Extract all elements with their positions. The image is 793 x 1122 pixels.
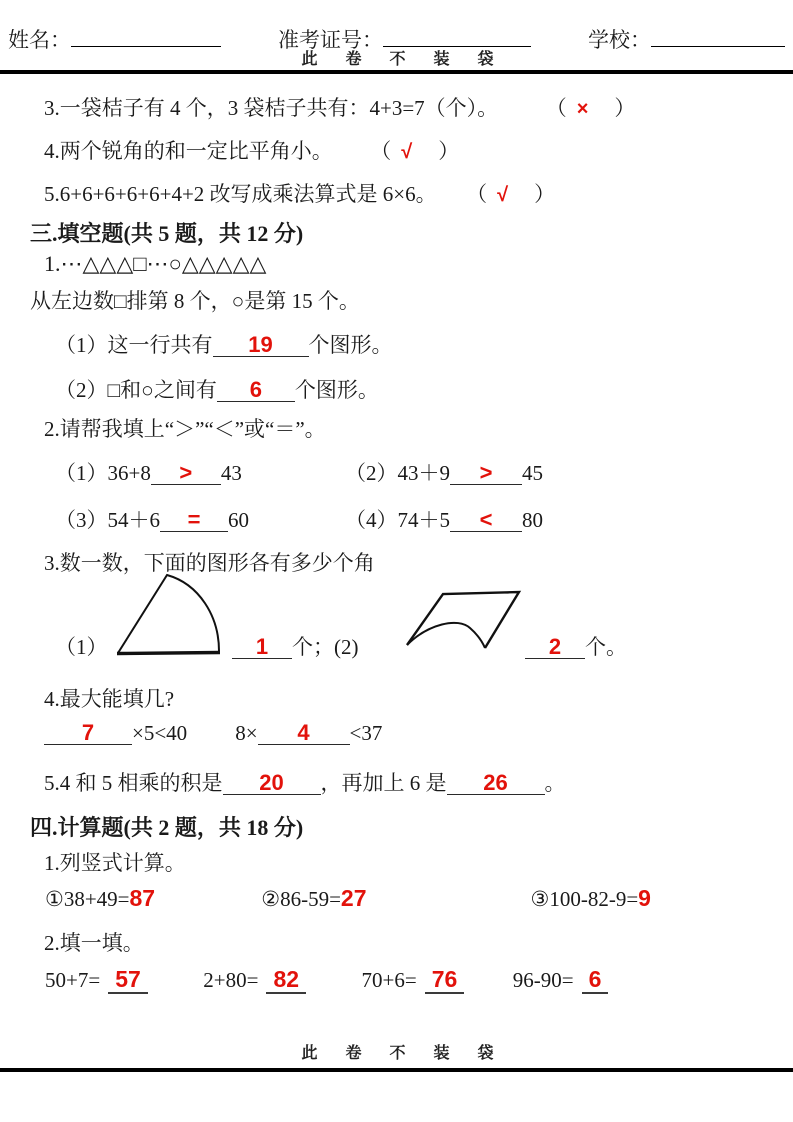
- s4-q1-item2-answer: 27: [341, 885, 367, 911]
- curved-quadrilateral-figure: [400, 587, 526, 657]
- s3-q3-sub1-blank: 1: [232, 637, 292, 659]
- s3-q4-item1-blank: 7: [44, 723, 132, 745]
- s3-q1-sub2: （2）□和○之间有6个图形。: [55, 374, 379, 404]
- s4-q1-item3: ③100-82-9=9: [531, 885, 651, 912]
- s3-q4-text: 4.最大能填几?: [44, 683, 174, 713]
- s3-q5-pre: 5.4 和 5 相乘的积是: [44, 771, 223, 795]
- s4-q2-item4-answer: 6: [582, 966, 609, 994]
- s4-q1-answers-row: ①38+49=87 ②86-59=27 ③100-82-9=9: [45, 885, 651, 912]
- s3-q1-sub2-post: 个图形。: [295, 378, 379, 402]
- s3-q5-answer2: 26: [483, 770, 507, 795]
- item-label: （3）: [55, 508, 108, 532]
- item-left: 36+8: [108, 461, 151, 485]
- s3-q1-sub1-post: 个图形。: [309, 333, 393, 357]
- s3-q2-item1-blank: >: [151, 463, 221, 485]
- s3-q5-blank2: 26: [447, 773, 545, 795]
- fan-shape-figure: [114, 571, 224, 657]
- expression: ①38+49=: [45, 887, 130, 911]
- s3-q2-item4-blank: <: [450, 510, 522, 532]
- expression: 2+80=: [203, 968, 258, 992]
- item-right: 43: [221, 461, 242, 485]
- s3-q3-sub1-label: （1）: [55, 631, 108, 661]
- s3-q3-sub1-post: 个；(2): [292, 635, 359, 659]
- s3-q1-description: 从左边数□排第 8 个，○是第 15 个。: [30, 285, 360, 315]
- judge-q5-mark: √: [497, 184, 508, 206]
- judge-q4-mark: √: [401, 141, 412, 163]
- s3-q5-blank1: 20: [223, 773, 321, 795]
- s4-q2-item2: 2+80=82: [203, 966, 356, 993]
- s3-q1-sub2-pre: （2）□和○之间有: [55, 378, 217, 402]
- s3-q2-item2-answer: >: [480, 460, 493, 485]
- s3-q2-item3: （3）54＋6=60: [55, 504, 249, 534]
- s3-q5: 5.4 和 5 相乘的积是20，再加上 6 是26。: [44, 767, 566, 797]
- s3-q4-item1-post: ×5<40: [132, 721, 187, 745]
- name-blank-line: [71, 27, 221, 47]
- s3-q2-item4: （4）74＋5<80: [345, 504, 543, 534]
- s4-q2-item3-answer: 76: [425, 966, 465, 994]
- s4-q1-text: 1.列竖式计算。: [44, 847, 186, 877]
- s3-q1-shapes-row: 1.⋯△△△□⋯○△△△△△: [44, 251, 266, 277]
- paren-close: ）: [438, 139, 459, 163]
- item-label: （2）: [345, 461, 398, 485]
- s3-q4-answers: 7×5<408×4<37: [44, 721, 382, 746]
- s3-q3-sub1-answer-line: 1个；(2): [232, 631, 359, 661]
- paren-open: （: [556, 96, 567, 120]
- s3-q2-item2-blank: >: [450, 463, 522, 485]
- s3-q1-sub1-blank: 19: [213, 335, 309, 357]
- paren-close: ）: [534, 182, 555, 206]
- s3-q4-item2-answer: 4: [297, 720, 309, 745]
- s3-q2-item1: （1）36+8>43: [55, 457, 242, 487]
- judge-q4: 4.两个锐角的和一定比平角小。（√）: [44, 135, 459, 165]
- item-right: 45: [522, 461, 543, 485]
- judge-q5-answer: （√）: [477, 182, 555, 206]
- paren-close: ）: [614, 96, 635, 120]
- judge-q4-text: 4.两个锐角的和一定比平角小。: [44, 139, 333, 163]
- s4-q2-item1-answer: 57: [108, 966, 148, 994]
- item-left: 54＋6: [108, 508, 161, 532]
- s4-q2-item2-answer: 82: [266, 966, 306, 994]
- expression: ②86-59=: [261, 887, 341, 911]
- s4-q2-item1: 50+7=57: [45, 966, 198, 993]
- footer-rule: [0, 1068, 793, 1072]
- exam-paper-page: 姓名： 准考证号： 学校： 此卷不装袋 3.一袋桔子有 4 个，3 袋桔子共有：…: [0, 0, 793, 1122]
- s3-q2-item2: （2）43＋9>45: [345, 457, 543, 487]
- s3-q4-item2-blank: 4: [258, 723, 350, 745]
- item-right: 60: [228, 508, 249, 532]
- expression: ③100-82-9=: [531, 887, 639, 911]
- s4-q1-item2: ②86-59=27: [261, 885, 525, 912]
- s3-q2-item3-blank: =: [160, 510, 228, 532]
- judge-q3-text: 3.一袋桔子有 4 个，3 袋桔子共有：4+3=7（个）。: [44, 96, 498, 120]
- item-left: 43＋9: [398, 461, 451, 485]
- s3-q2-item3-answer: =: [188, 507, 201, 532]
- s3-q5-answer1: 20: [259, 770, 283, 795]
- s3-q5-mid: ，再加上 6 是: [321, 771, 447, 795]
- judge-q5: 5.6+6+6+6+6+4+2 改写成乘法算式是 6×6。（√）: [44, 178, 555, 208]
- s3-q4-item2-pre: 8×: [235, 721, 257, 745]
- judge-q3-mark: ×: [577, 98, 589, 120]
- expression: 70+6=: [362, 968, 417, 992]
- s3-q1-sub2-blank: 6: [217, 380, 295, 402]
- s4-q2-text: 2.填一填。: [44, 927, 144, 957]
- s3-q1-sub1: （1）这一行共有19个图形。: [55, 329, 393, 359]
- s3-q4-item1-answer: 7: [82, 720, 94, 745]
- school-blank-line: [651, 27, 785, 47]
- s3-q1-sub2-answer: 6: [250, 377, 262, 402]
- s3-q2-item4-answer: <: [480, 507, 493, 532]
- item-label: （1）: [55, 461, 108, 485]
- paren-open: （: [381, 139, 392, 163]
- ticket-blank-line: [383, 27, 531, 47]
- item-left: 74＋5: [398, 508, 451, 532]
- section4-title: 四.计算题(共 2 题，共 18 分): [30, 811, 303, 842]
- expression: 50+7=: [45, 968, 100, 992]
- judge-q3: 3.一袋桔子有 4 个，3 袋桔子共有：4+3=7（个）。（×）: [44, 92, 635, 122]
- judge-q3-answer: （×）: [556, 96, 635, 120]
- s4-q2-item3: 70+6=76: [362, 966, 508, 993]
- s3-q3-sub2-answer-line: 2个。: [525, 631, 627, 661]
- s3-q5-post: 。: [545, 771, 566, 795]
- judge-q4-answer: （√）: [381, 139, 459, 163]
- s4-q1-item1-answer: 87: [130, 885, 156, 911]
- s3-q4-item2-post: <37: [350, 721, 383, 745]
- seal-notice-top: 此卷不装袋: [0, 46, 793, 69]
- item-label: （4）: [345, 508, 398, 532]
- s3-q1-sub1-pre: （1）这一行共有: [55, 333, 213, 357]
- s4-q1-item3-answer: 9: [638, 885, 651, 911]
- judge-q5-text: 5.6+6+6+6+6+4+2 改写成乘法算式是 6×6。: [44, 182, 437, 206]
- s3-q3-sub1-answer: 1: [256, 634, 268, 659]
- s3-q2-item1-answer: >: [179, 460, 192, 485]
- item-right: 80: [522, 508, 543, 532]
- header-rule: [0, 70, 793, 74]
- s3-q2-text: 2.请帮我填上“＞”“＜”或“＝”。: [44, 413, 326, 443]
- s3-q3-sub2-post: 个。: [585, 635, 627, 659]
- s4-q2-item4: 96-90=6: [513, 966, 609, 993]
- s3-q3-figures-row: （1） 1个；(2) 2个。: [0, 565, 793, 665]
- s4-q2-answers-row: 50+7=57 2+80=82 70+6=76 96-90=6: [45, 966, 608, 993]
- expression: 96-90=: [513, 968, 574, 992]
- seal-notice-bottom: 此卷不装袋: [0, 1040, 793, 1063]
- s3-q3-sub2-answer: 2: [549, 634, 561, 659]
- section3-title: 三.填空题(共 5 题，共 12 分): [30, 217, 303, 248]
- paren-open: （: [477, 182, 488, 206]
- s3-q1-sub1-answer: 19: [248, 332, 272, 357]
- s4-q1-item1: ①38+49=87: [45, 885, 256, 912]
- s3-q3-sub2-blank: 2: [525, 637, 585, 659]
